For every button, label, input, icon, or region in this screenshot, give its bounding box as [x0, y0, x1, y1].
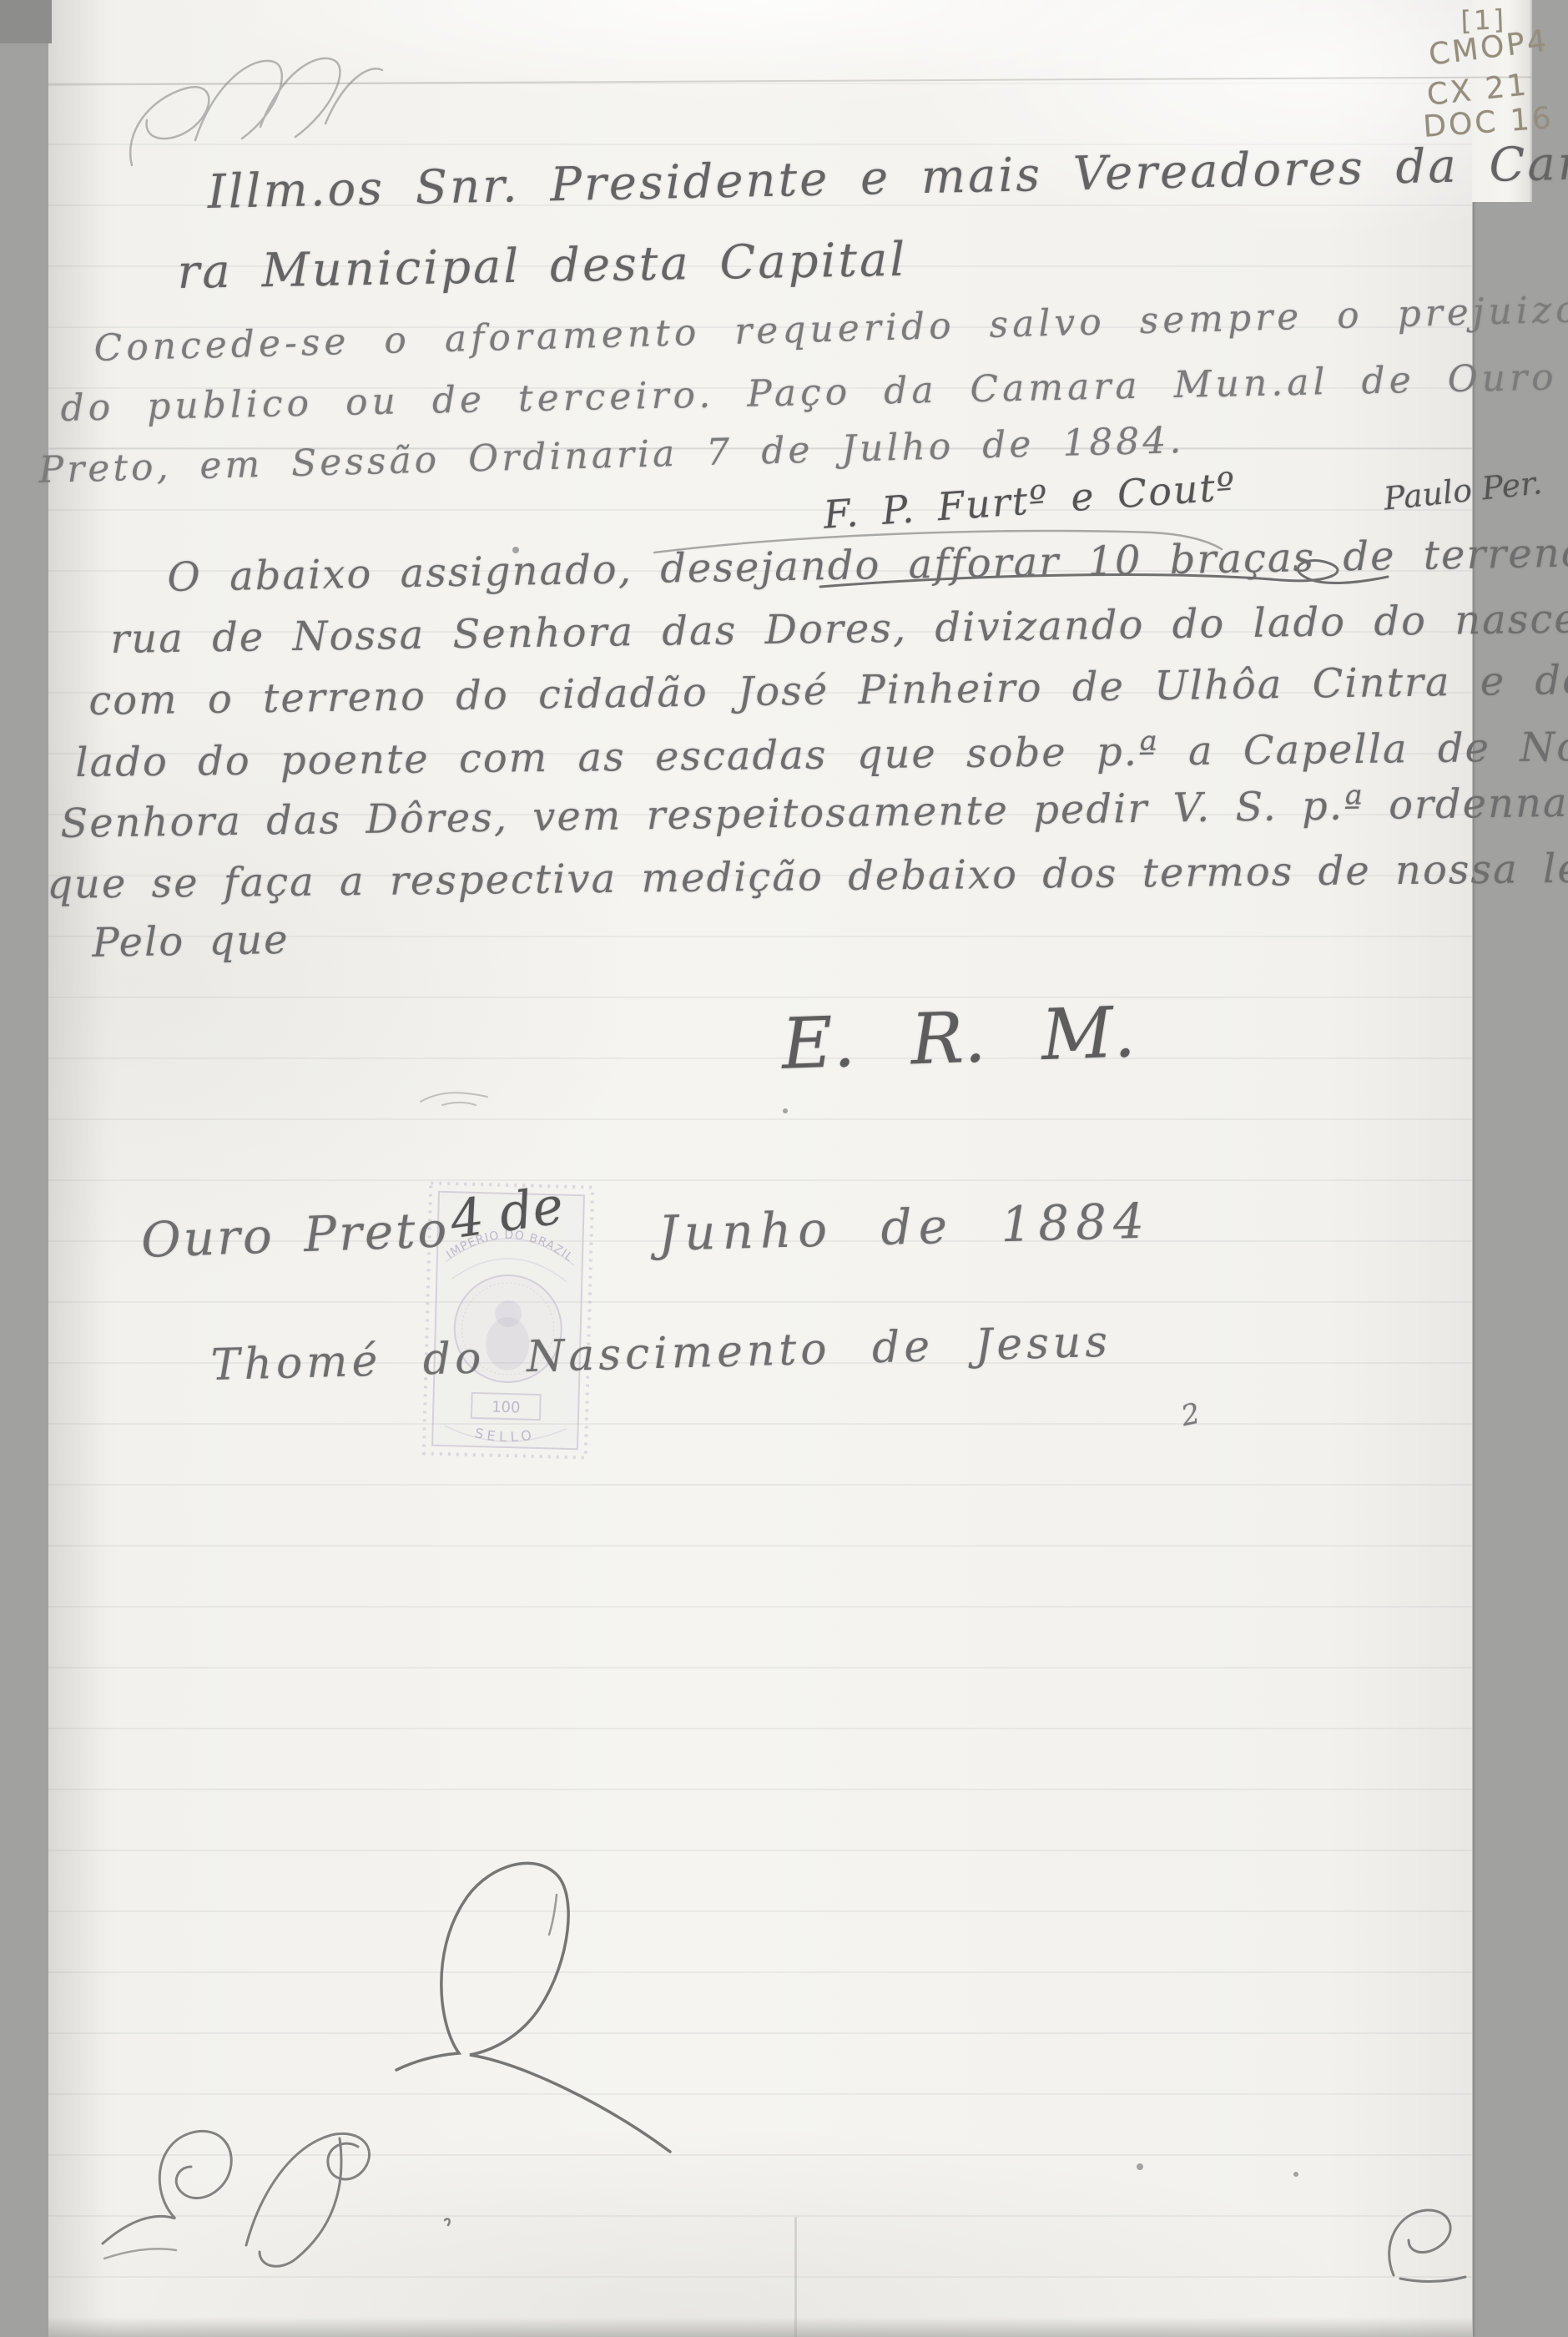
ink-speck	[512, 547, 519, 553]
ink-speck	[1293, 2172, 1298, 2177]
pen-flourish-initials	[96, 2095, 463, 2274]
ink-smudge	[417, 1085, 492, 1108]
paper-bottom-edge	[48, 2317, 1472, 2337]
ink-speck	[1137, 2163, 1143, 2170]
bottom-fold-streak	[794, 2217, 797, 2337]
pen-flourish-small-l	[1375, 2202, 1475, 2289]
scanned-document: [1] CMOP4 CX 21 DOC 16 Illm.os Snr. Pres…	[0, 0, 1568, 2337]
closing-erm: E. R. M.	[780, 991, 1137, 1085]
petition-line-7: Pelo que	[92, 916, 290, 967]
stamp-value: 100	[492, 1399, 521, 1417]
dateline-place: Ouro Preto	[140, 1201, 450, 1269]
ink-speck	[783, 1108, 788, 1113]
pen-flourish-top-left	[125, 40, 409, 182]
scanner-corner-shadow	[0, 0, 52, 43]
